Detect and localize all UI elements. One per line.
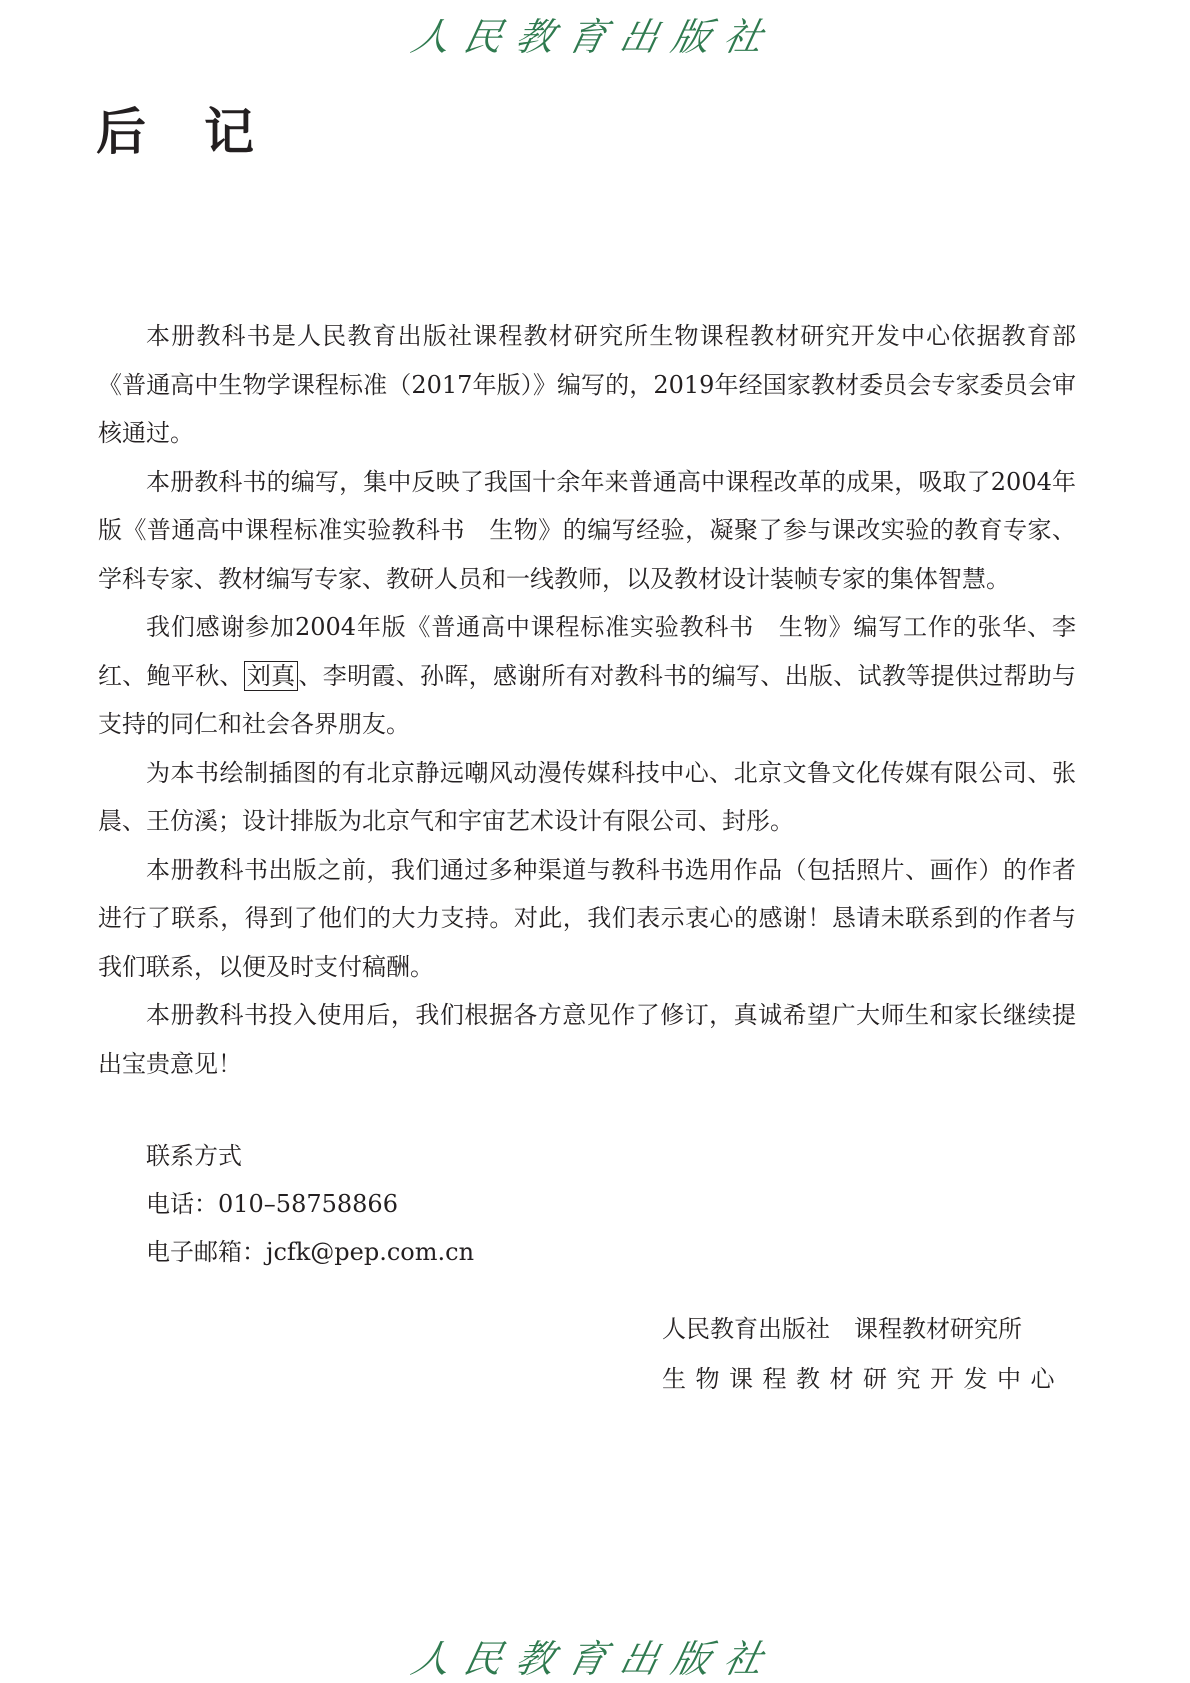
contact-heading: 联系方式 xyxy=(146,1132,474,1180)
page-title-part1: 后 xyxy=(96,92,146,164)
paragraph-2: 本册教科书的编写，集中反映了我国十余年来普通高中课程改革的成果，吸取了2004年… xyxy=(98,458,1076,604)
phone-label: 电话： xyxy=(146,1190,218,1218)
email-address[interactable]: jcfk@pep.com.cn xyxy=(266,1238,474,1266)
paragraph-6: 本册教科书投入使用后，我们根据各方意见作了修订，真诚希望广大师生和家长继续提出宝… xyxy=(98,991,1076,1088)
email-label: 电子邮箱： xyxy=(146,1238,266,1266)
signature-block: 人民教育出版社 课程教材研究所 生物课程教材研究开发中心 xyxy=(662,1304,1064,1404)
page-title-part2: 记 xyxy=(204,92,254,164)
publisher-logo-footer: 人民教育出版社 xyxy=(0,1628,1190,1683)
afterword-body: 本册教科书是人民教育出版社课程教材研究所生物课程教材研究开发中心依据教育部《普通… xyxy=(98,312,1076,1088)
contact-block: 联系方式 电话：010–58758866 电子邮箱：jcfk@pep.com.c… xyxy=(146,1132,474,1276)
signature-line-1: 人民教育出版社 课程教材研究所 xyxy=(662,1304,1064,1354)
paragraph-5: 本册教科书出版之前，我们通过多种渠道与教科书选用作品（包括照片、画作）的作者进行… xyxy=(98,846,1076,992)
contact-email-row: 电子邮箱：jcfk@pep.com.cn xyxy=(146,1228,474,1276)
phone-number: 010–58758866 xyxy=(218,1190,398,1218)
page-title: 后记 xyxy=(96,92,254,164)
paragraph-1: 本册教科书是人民教育出版社课程教材研究所生物课程教材研究开发中心依据教育部《普通… xyxy=(98,312,1076,458)
paragraph-4: 为本书绘制插图的有北京静远嘲风动漫传媒科技中心、北京文鲁文化传媒有限公司、张晨、… xyxy=(98,749,1076,846)
boxed-name-highlight: 刘真 xyxy=(244,661,299,691)
publisher-logo-header: 人民教育出版社 xyxy=(0,6,1190,61)
signature-line-2: 生物课程教材研究开发中心 xyxy=(662,1354,1064,1404)
contact-phone-row: 电话：010–58758866 xyxy=(146,1180,474,1228)
paragraph-3: 我们感谢参加2004年版《普通高中课程标准实验教科书 生物》编写工作的张华、李红… xyxy=(98,603,1076,749)
